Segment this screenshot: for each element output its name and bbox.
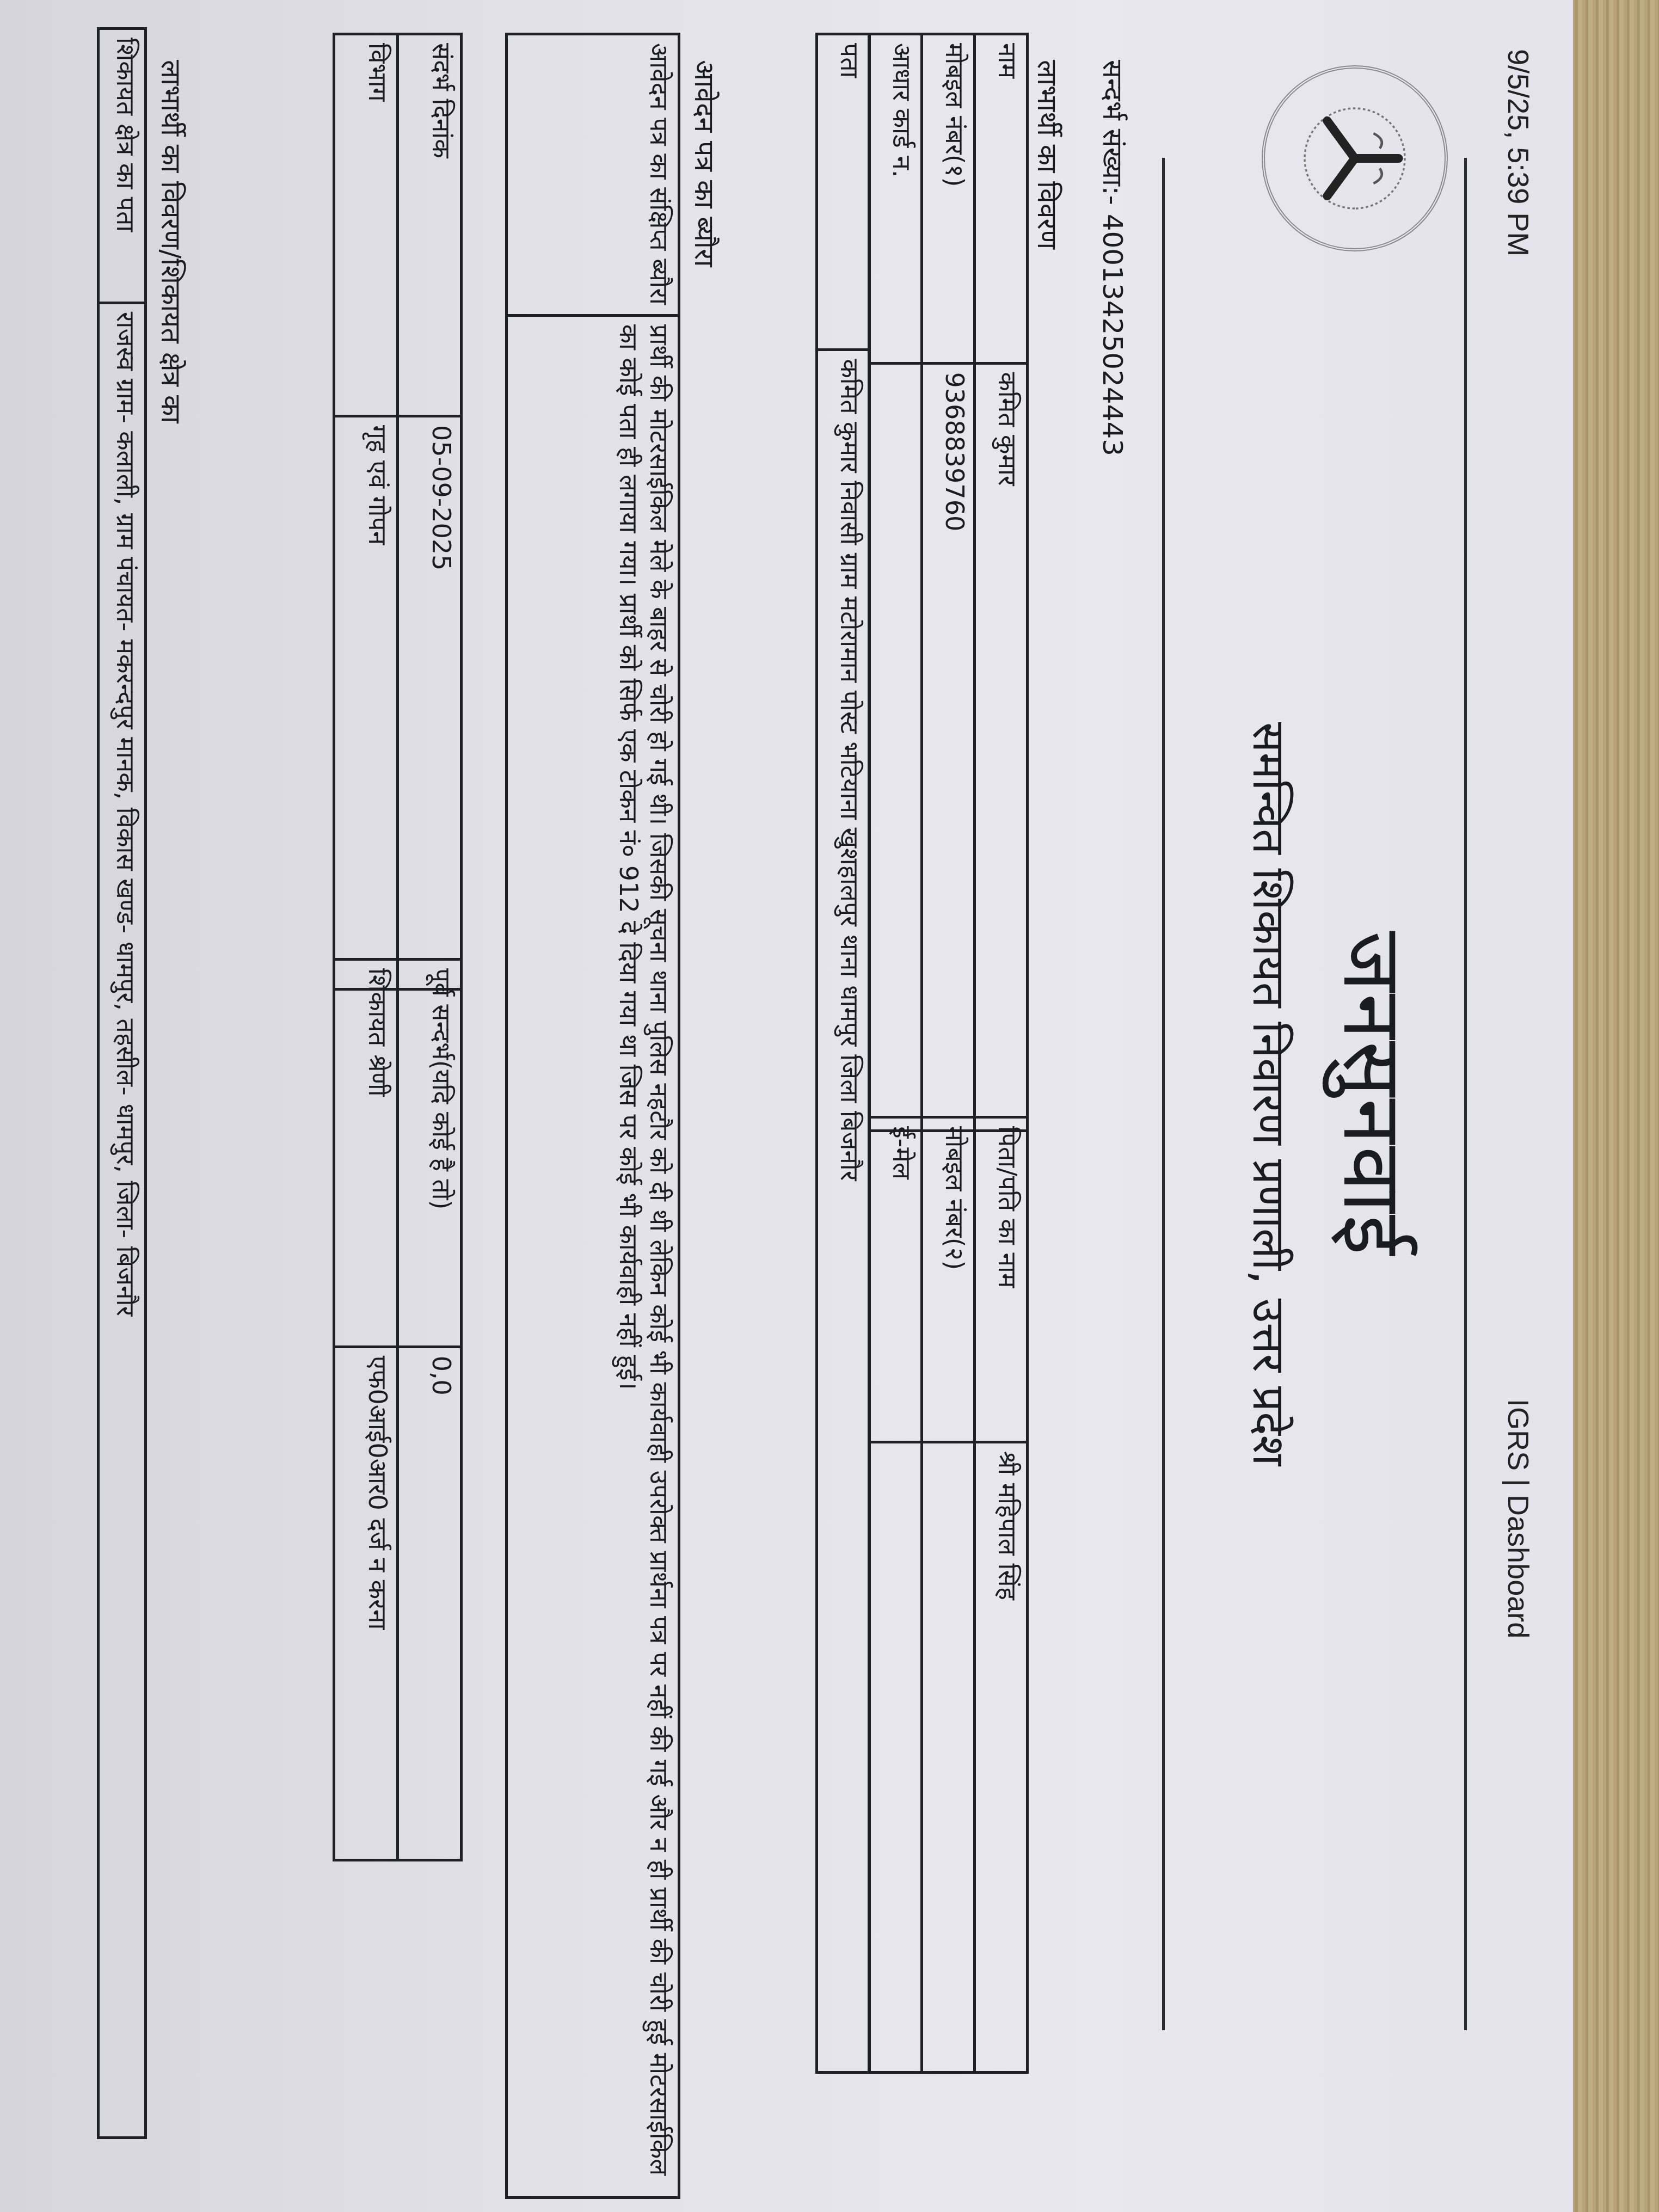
reference-number: सन्दर्भ संख्या:- 40013425024443 xyxy=(1095,60,1132,456)
table-surface-background xyxy=(1572,0,1659,2212)
previous-reference-value: 0,0 xyxy=(398,1347,462,1860)
beneficiary-section-title: लाभार्थी का विवरण xyxy=(1027,60,1067,249)
reference-date-value: 05-09-2025 xyxy=(398,416,462,990)
paper-sheet: 9/5/25, 5:39 PM IGRS | Dashboard जनसुनवा… xyxy=(0,0,1573,2212)
beneficiary-table-right: पिता/पति का नाम श्री महिपाल सिंह मोबइल न… xyxy=(868,1116,1029,2074)
reference-label: सन्दर्भ संख्या:- xyxy=(1097,60,1128,205)
complaint-area-label: शिकायत क्षेत्र का पता xyxy=(99,29,146,303)
address-value: कमित कुमार निवासी ग्राम मटोरामान पोस्ट भ… xyxy=(817,350,870,2073)
complaint-area-section-title: लाभार्थी का विवरण/शिकायत क्षेत्र का xyxy=(152,60,191,423)
brand-title: जनसुनवाई xyxy=(1320,158,1431,2030)
department-label: विभाग xyxy=(334,34,398,416)
name-value: कमित कुमार xyxy=(975,363,1028,1131)
reference-date-label: संदर्भ दिनांक xyxy=(398,34,462,416)
mobile2-label: मोबइल नंबर(२) xyxy=(922,1117,975,1442)
summary-label: आवेदन पत्र का संक्षिप्त ब्यौरा xyxy=(507,34,679,316)
father-name-label: पिता/पति का नाम xyxy=(975,1117,1028,1442)
title-banner: जनसुनवाई समन्वित शिकायत निवारण प्रणाली, … xyxy=(1162,158,1467,2030)
table-row: विभाग गृह एवं गोपन xyxy=(334,34,398,990)
aadhaar-value xyxy=(869,363,922,1131)
table-row: आधार कार्ड न. xyxy=(869,34,922,1131)
father-name-value: श्री महिपाल सिंह xyxy=(975,1442,1028,2072)
table-row: संदर्भ दिनांक 05-09-2025 xyxy=(398,34,462,990)
email-value xyxy=(869,1442,922,2072)
application-summary-table: आवेदन पत्र का संक्षिप्त ब्यौरा प्रार्थी … xyxy=(505,33,680,2199)
table-row: शिकायत क्षेत्र का पता राजस्व ग्राम- कलाल… xyxy=(99,29,146,2138)
app-title: IGRS | Dashboard xyxy=(1501,1399,1535,1638)
email-label: ई-मेल xyxy=(869,1117,922,1442)
table-row: ई-मेल xyxy=(869,1117,922,2073)
mobile2-value xyxy=(922,1442,975,2072)
table-row: शिकायत श्रेणी एफ0आई0आर0 दर्ज न करना xyxy=(334,960,398,1860)
mobile1-label: मोबइल नंबर(१) xyxy=(922,34,975,364)
application-section-title: आवेदन पत्र का ब्यौरा xyxy=(686,60,724,267)
complaint-area-table: शिकायत क्षेत्र का पता राजस्व ग्राम- कलाल… xyxy=(97,27,147,2139)
aadhaar-label: आधार कार्ड न. xyxy=(869,34,922,364)
address-table: पता कमित कुमार निवासी ग्राम मटोरामान पोस… xyxy=(815,33,871,2074)
application-table-right: पूर्व सन्दर्भ(यदि कोई है तो) 0,0 शिकायत … xyxy=(333,958,463,1861)
complaint-category-label: शिकायत श्रेणी xyxy=(334,960,398,1347)
complaint-area-value: राजस्व ग्राम- कलाली, ग्राम पंचायत- मकरन्… xyxy=(99,303,146,2137)
reference-value: 40013425024443 xyxy=(1097,214,1128,456)
application-table-left: संदर्भ दिनांक 05-09-2025 विभाग गृह एवं ग… xyxy=(333,33,463,991)
complaint-document: 9/5/25, 5:39 PM IGRS | Dashboard जनसुनवा… xyxy=(0,0,1573,2212)
table-row: पिता/पति का नाम श्री महिपाल सिंह xyxy=(975,1117,1028,2073)
system-subtitle: समन्वित शिकायत निवारण प्रणाली, उत्तर प्र… xyxy=(1240,158,1301,2030)
table-row: आवेदन पत्र का संक्षिप्त ब्यौरा प्रार्थी … xyxy=(507,34,679,2198)
address-label: पता xyxy=(817,34,870,350)
previous-reference-label: पूर्व सन्दर्भ(यदि कोई है तो) xyxy=(398,960,462,1347)
table-row: पूर्व सन्दर्भ(यदि कोई है तो) 0,0 xyxy=(398,960,462,1860)
department-value: गृह एवं गोपन xyxy=(334,416,398,990)
name-label: नाम xyxy=(975,34,1028,364)
print-header: 9/5/25, 5:39 PM IGRS | Dashboard xyxy=(1497,27,1540,2185)
summary-text: प्रार्थी की मोटरसाईकिल मेले के बाहर से च… xyxy=(507,315,679,2197)
beneficiary-table-left: नाम कमित कुमार मोबइल नंबर(१) 9368839760 … xyxy=(868,33,1029,1132)
complaint-category-value: एफ0आई0आर0 दर्ज न करना xyxy=(334,1347,398,1860)
table-row: पता कमित कुमार निवासी ग्राम मटोरामान पोस… xyxy=(817,34,870,2073)
print-timestamp: 9/5/25, 5:39 PM xyxy=(1501,49,1535,256)
table-row: नाम कमित कुमार xyxy=(975,34,1028,1131)
mobile1-value: 9368839760 xyxy=(922,363,975,1131)
table-row: मोबइल नंबर(२) xyxy=(922,1117,975,2073)
table-row: मोबइल नंबर(१) 9368839760 xyxy=(922,34,975,1131)
